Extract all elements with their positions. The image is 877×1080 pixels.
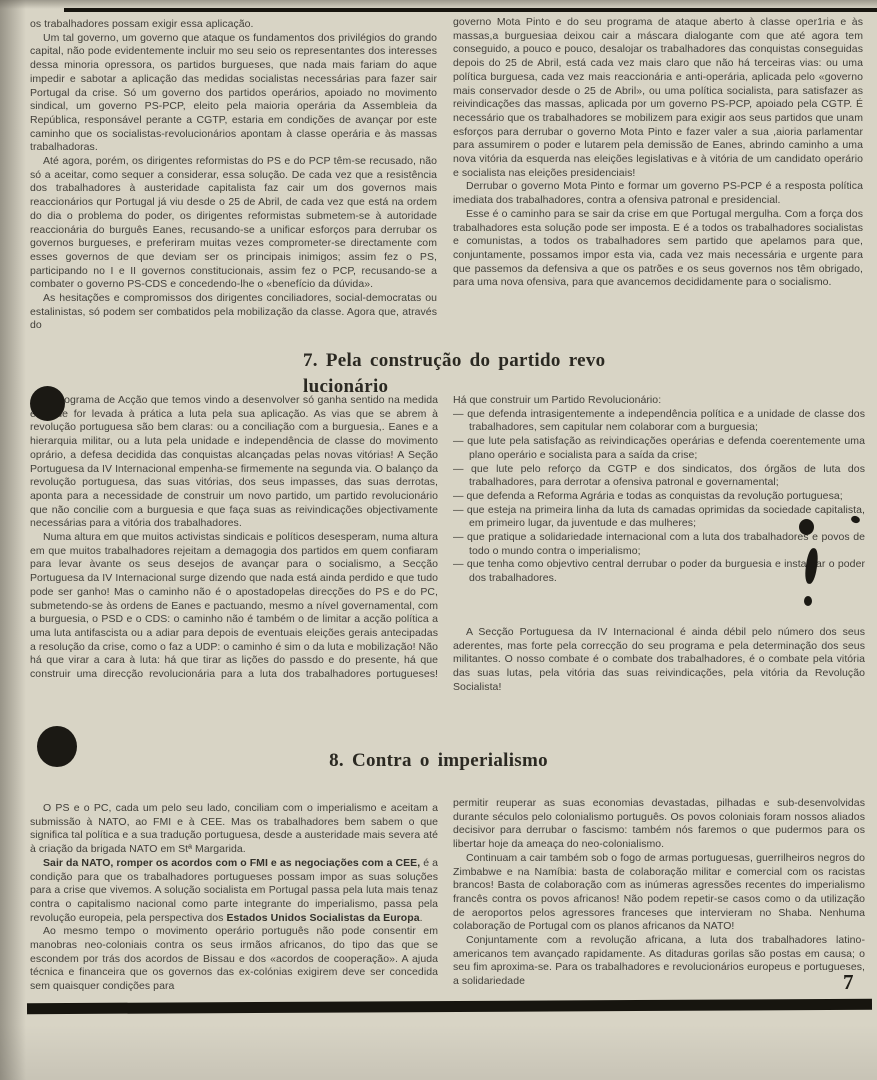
list-intro: Há que construir um Partido Revolucionár… (453, 394, 865, 408)
list-item: — que lute pela satisfação as reivindica… (453, 435, 865, 462)
paragraph: Conjuntamente com a revolução africana, … (453, 934, 865, 989)
page-number: 7 (843, 970, 854, 995)
bold-text: Sair da NATO, romper os acordos com o FM… (43, 857, 420, 869)
paragraph: governo Mota Pinto e do seu programa de … (453, 16, 863, 180)
list-item: — que defenda a Reforma Agrária e todas … (453, 490, 865, 504)
section-7-heading-line1: 7. Pela construção do partido revo (303, 348, 733, 374)
paragraph: O programa de Acção que temos vindo a de… (30, 394, 438, 531)
list-item: — que pratique a solidariedade internaci… (453, 531, 865, 558)
paragraph: Numa altura em que muitos activistas sin… (30, 531, 438, 682)
intro-right-column: governo Mota Pinto e do seu programa de … (453, 16, 863, 290)
paragraph: Derrubar o governo Mota Pinto e formar u… (453, 180, 863, 207)
paragraph: Sair da NATO, romper os acordos com o FM… (30, 857, 438, 926)
bold-text: Estados Unidos Socialistas da Europa (226, 912, 419, 924)
paragraph: Continuam a cair também sob o fogo de ar… (453, 852, 865, 934)
paragraph: Esse é o caminho para se sair da crise e… (453, 208, 863, 290)
bottom-rule (27, 999, 872, 1014)
paragraph: As hesitações e compromissos dos dirigen… (30, 292, 437, 333)
section-7-left-column: O programa de Acção que temos vindo a de… (30, 394, 438, 682)
ink-blot (37, 726, 77, 767)
section-8-left-column: O PS e o PC, cada um pelo seu lado, conc… (30, 802, 438, 994)
scanned-document-page: os trabalhadores possam exigir essa apli… (0, 0, 877, 1080)
section-7-heading: 7. Pela construção do partido revo lucio… (303, 348, 733, 400)
paragraph: os trabalhadores possam exigir essa apli… (30, 18, 437, 32)
section-7-right-column: Há que construir um Partido Revolucionár… (453, 394, 865, 586)
section-8-right-column: permitir reuperar as suas economias deva… (453, 797, 865, 989)
list-item: — que defenda intrasigentemente a indepe… (453, 408, 865, 435)
body-text: . (420, 912, 423, 924)
paragraph: Ao mesmo tempo o movimento operário port… (30, 925, 438, 994)
paragraph: Um tal governo, um governo que ataque os… (30, 32, 437, 155)
top-rule (64, 8, 877, 12)
ink-smudge (804, 596, 812, 606)
list-item: — que tenha como objevtivo central derru… (453, 558, 865, 585)
intro-left-column: os trabalhadores possam exigir essa apli… (30, 18, 437, 333)
paragraph: permitir reuperar as suas economias deva… (453, 797, 865, 852)
section-7-closing-paragraph: A Secção Portuguesa da IV Internacional … (453, 626, 865, 695)
paragraph: Até agora, porém, os dirigentes reformis… (30, 155, 437, 292)
section-8-heading: 8. Contra o imperialismo (0, 748, 877, 774)
list-item: — que lute pelo reforço da CGTP e dos si… (453, 463, 865, 490)
paragraph: O PS e o PC, cada um pelo seu lado, conc… (30, 802, 438, 857)
paragraph: A Secção Portuguesa da IV Internacional … (453, 626, 865, 695)
ink-blot (30, 386, 65, 421)
ink-smudge (799, 519, 814, 535)
